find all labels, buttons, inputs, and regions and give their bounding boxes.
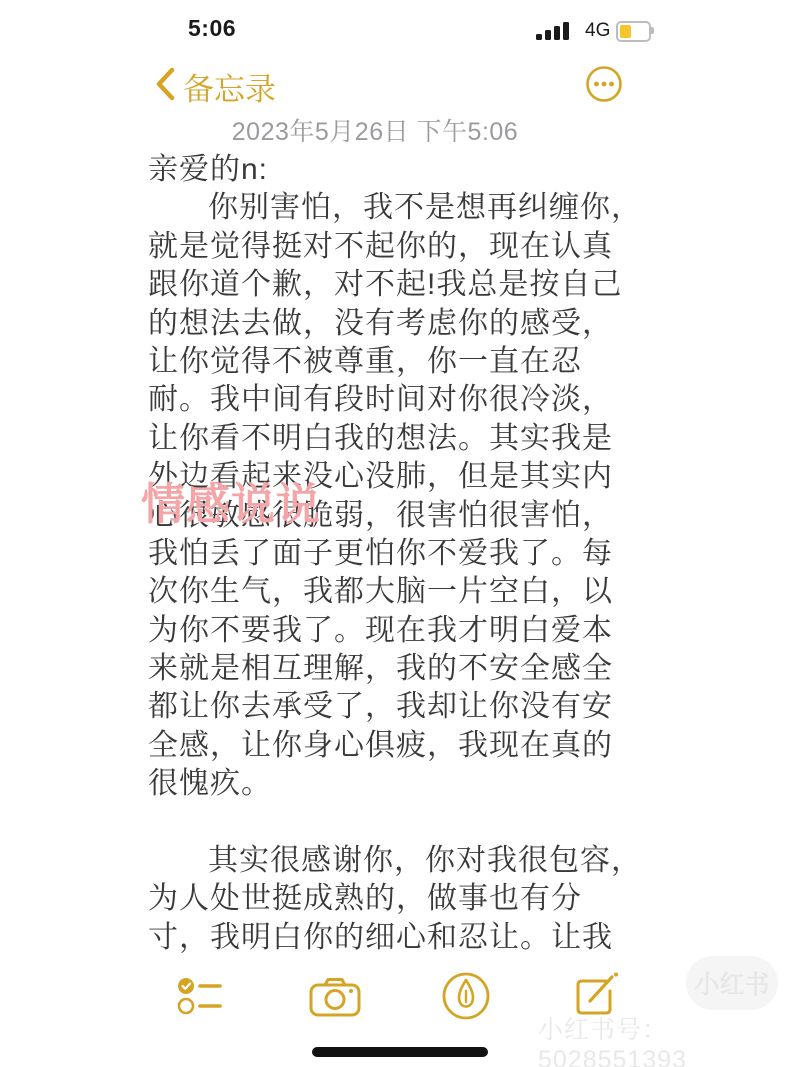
compose-icon <box>570 1009 622 1024</box>
note-line: 为人处世挺成熟的，做事也有分 <box>148 880 648 918</box>
network-type-label: 4G <box>585 20 610 42</box>
battery-fill <box>620 25 631 38</box>
back-button-label: 备忘录 <box>183 64 276 109</box>
note-line: 为你不要我了。现在我才明白爱本 <box>148 612 648 650</box>
note-line: 就是觉得挺对不起你的，现在认真 <box>148 228 648 266</box>
xiaohongshu-logo-text: 小红书 <box>694 965 769 1001</box>
note-date: 2023年5月26日 下午5:06 <box>123 112 627 148</box>
note-line: 都让你去承受了，我却让你没有安 <box>148 688 648 726</box>
cellular-signal-icon <box>536 22 576 45</box>
xiaohongshu-logo-badge: 小红书 <box>686 956 778 1010</box>
note-line: 其实很感谢你，你对我很包容， <box>148 842 648 880</box>
watermark-pink: 情感说说 <box>141 468 321 532</box>
battery-cap <box>651 27 654 34</box>
note-line: 你别害怕，我不是想再纠缠你， <box>148 189 648 227</box>
markup-pen-icon <box>441 1009 491 1024</box>
back-button[interactable]: 备忘录 <box>154 64 276 109</box>
chevron-left-icon <box>154 66 176 107</box>
note-line: 让你觉得不被尊重，你一直在忍 <box>148 343 648 381</box>
checklist-icon <box>176 1005 224 1020</box>
note-line: 让你看不明白我的想法。其实我是 <box>148 420 648 458</box>
note-line: 我怕丢了面子更怕你不爱我了。每 <box>148 535 648 573</box>
home-indicator[interactable] <box>312 1047 488 1057</box>
screenshot-canvas: { "status_bar": { "time": "5:06", "netwo… <box>0 0 800 1067</box>
note-line: 亲爱的n: <box>148 151 648 189</box>
camera-icon <box>309 1005 361 1020</box>
battery-icon <box>616 21 651 42</box>
note-line: 全感，让你身心俱疲，我现在真的 <box>148 727 648 765</box>
camera-button[interactable] <box>309 977 361 1020</box>
note-line: 次你生气，我都大脑一片空白，以 <box>148 573 648 611</box>
note-line: 跟你道个歉，对不起!我总是按自己 <box>148 266 648 304</box>
compose-button[interactable] <box>570 971 622 1024</box>
markup-button[interactable] <box>441 971 491 1024</box>
note-line: 寸，我明白你的细心和忍让。让我 <box>148 919 648 957</box>
checklist-button[interactable] <box>176 975 224 1020</box>
note-line: 的想法去做，没有考虑你的感受， <box>148 305 648 343</box>
note-body[interactable]: 亲爱的n:你别害怕，我不是想再纠缠你，就是觉得挺对不起你的，现在认真跟你道个歉，… <box>148 151 648 957</box>
note-line <box>148 804 648 842</box>
note-line: 来就是相互理解，我的不安全感全 <box>148 650 648 688</box>
note-line: 耐。我中间有段时间对你很冷淡， <box>148 381 648 419</box>
more-options-button[interactable] <box>585 65 623 103</box>
status-time: 5:06 <box>188 15 236 42</box>
note-line: 很愧疚。 <box>148 765 648 803</box>
